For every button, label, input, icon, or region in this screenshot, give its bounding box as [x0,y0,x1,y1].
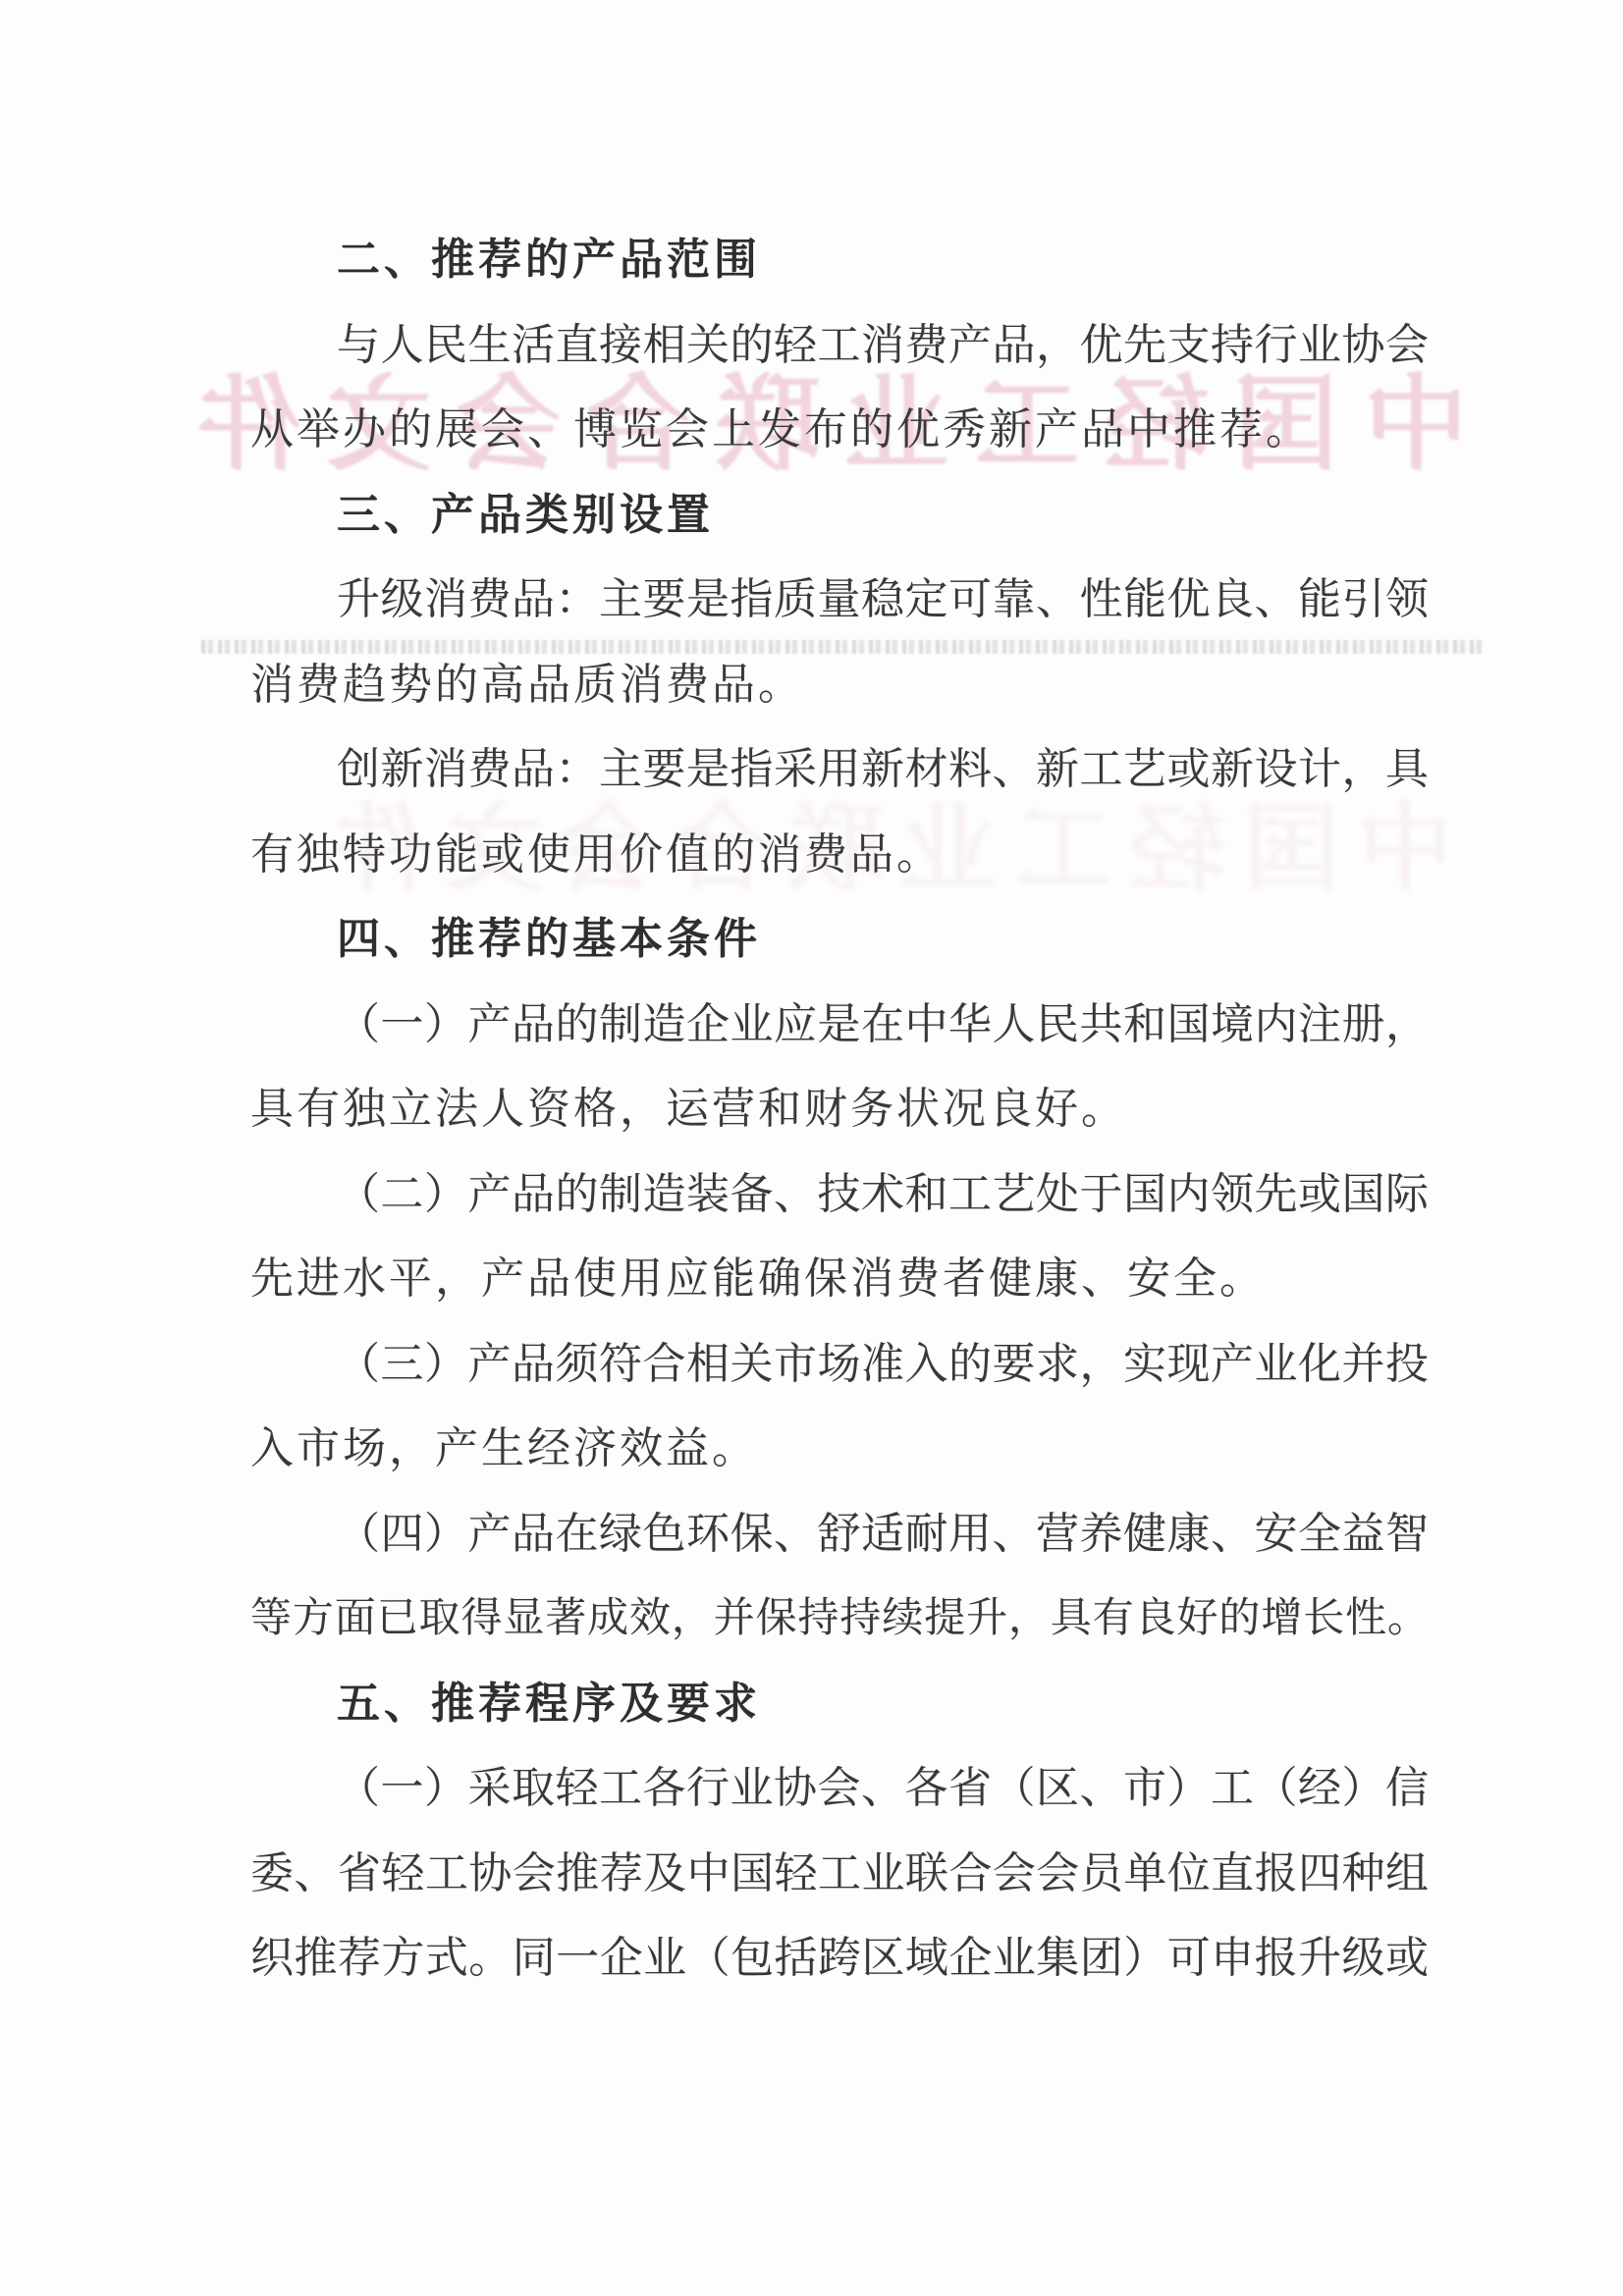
body-line: 委、省轻工协会推荐及中国轻工业联合会会员单位直报四种组 [250,1832,1429,1917]
body-line: （三）产品须符合相关市场准入的要求，实现产业化并投 [250,1322,1429,1408]
body-line: 织推荐方式。同一企业（包括跨区域企业集团）可申报升级或 [250,1916,1429,2002]
body-line: 入市场，产生经济效益。 [250,1407,1429,1492]
body-line: 从举办的展会、博览会上发布的优秀新产品中推荐。 [250,388,1429,473]
body-line: 先进水平，产品使用应能确保消费者健康、安全。 [250,1237,1429,1322]
body-line: 等方面已取得显著成效，并保持持续提升，具有良好的增长性。 [250,1576,1429,1662]
section-heading: 四、推荐的基本条件 [250,897,1429,983]
section-heading: 五、推荐程序及要求 [250,1662,1429,1747]
body-line: （一）采取轻工各行业协会、各省（区、市）工（经）信 [250,1746,1429,1832]
document-content: 二、推荐的产品范围 与人民生活直接相关的轻工消费产品，优先支持行业协会 从举办的… [250,218,1429,2002]
body-line: 与人民生活直接相关的轻工消费产品，优先支持行业协会 [250,303,1429,389]
body-line: 具有独立法人资格，运营和财务状况良好。 [250,1067,1429,1152]
body-line: 消费趋势的高品质消费品。 [250,643,1429,728]
document-page: 中国轻工业联合会文件 中国轻工业联合会文件 二、推荐的产品范围 与人民生活直接相… [0,0,1623,2296]
section-heading: 二、推荐的产品范围 [250,218,1429,303]
section-heading: 三、产品类别设置 [250,473,1429,559]
body-line: （一）产品的制造企业应是在中华人民共和国境内注册， [250,983,1429,1068]
body-line: （二）产品的制造装备、技术和工艺处于国内领先或国际 [250,1152,1429,1238]
body-line: 有独特功能或使用价值的消费品。 [250,813,1429,898]
body-line: （四）产品在绿色环保、舒适耐用、营养健康、安全益智 [250,1492,1429,1577]
body-line: 创新消费品：主要是指采用新材料、新工艺或新设计，具 [250,727,1429,813]
body-line: 升级消费品：主要是指质量稳定可靠、性能优良、能引领 [250,558,1429,643]
